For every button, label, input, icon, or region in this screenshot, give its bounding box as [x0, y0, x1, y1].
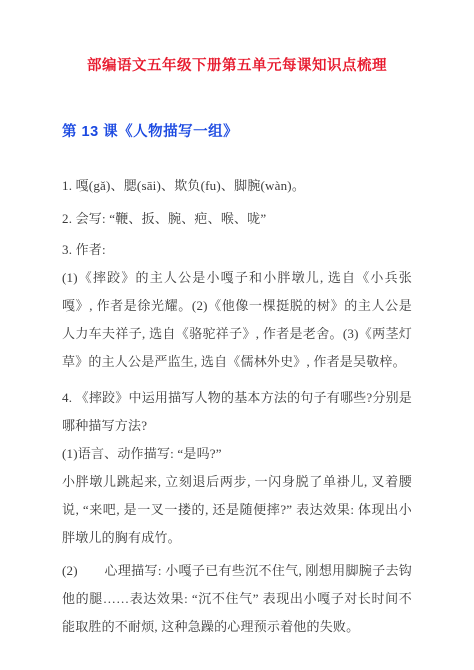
- paragraph-writing-words: 2. 会写: “鞭、扳、腕、疤、喉、咙”: [62, 205, 412, 233]
- paragraph-answer-2: (2) 心理描写: 小嘎子已有些沉不住气, 刚想用脚腕子去钩他的腿……表达效果:…: [62, 557, 412, 641]
- page-title: 部编语文五年级下册第五单元每课知识点梳理: [62, 56, 412, 76]
- paragraph-question-4: 4. 《摔跤》中运用描写人物的基本方法的句子有哪些?分别是哪种描写方法?: [62, 384, 412, 440]
- document-body: 1. 嘎(gǎ)、腮(sāi)、欺负(fu)、脚腕(wàn)。 2. 会写: “…: [62, 172, 412, 641]
- paragraph-authors-label: 3. 作者:: [62, 236, 412, 264]
- paragraph-answer-1-detail: 小胖墩儿跳起来, 立刻退后两步, 一闪身脱了单褂儿, 叉着腰说, “来吧, 是一…: [62, 468, 412, 552]
- paragraph-answer-1-label: (1)语言、动作描写: “是吗?”: [62, 440, 412, 468]
- document-page: 部编语文五年级下册第五单元每课知识点梳理 第 13 课《人物描写一组》 1. 嘎…: [0, 0, 474, 670]
- paragraph-authors-detail: (1)《摔跤》的主人公是小嘎子和小胖墩儿, 选自《小兵张嘎》, 作者是徐光耀。(…: [62, 264, 412, 376]
- section-heading: 第 13 课《人物描写一组》: [62, 122, 412, 142]
- paragraph-pinyin-words: 1. 嘎(gǎ)、腮(sāi)、欺负(fu)、脚腕(wàn)。: [62, 172, 412, 200]
